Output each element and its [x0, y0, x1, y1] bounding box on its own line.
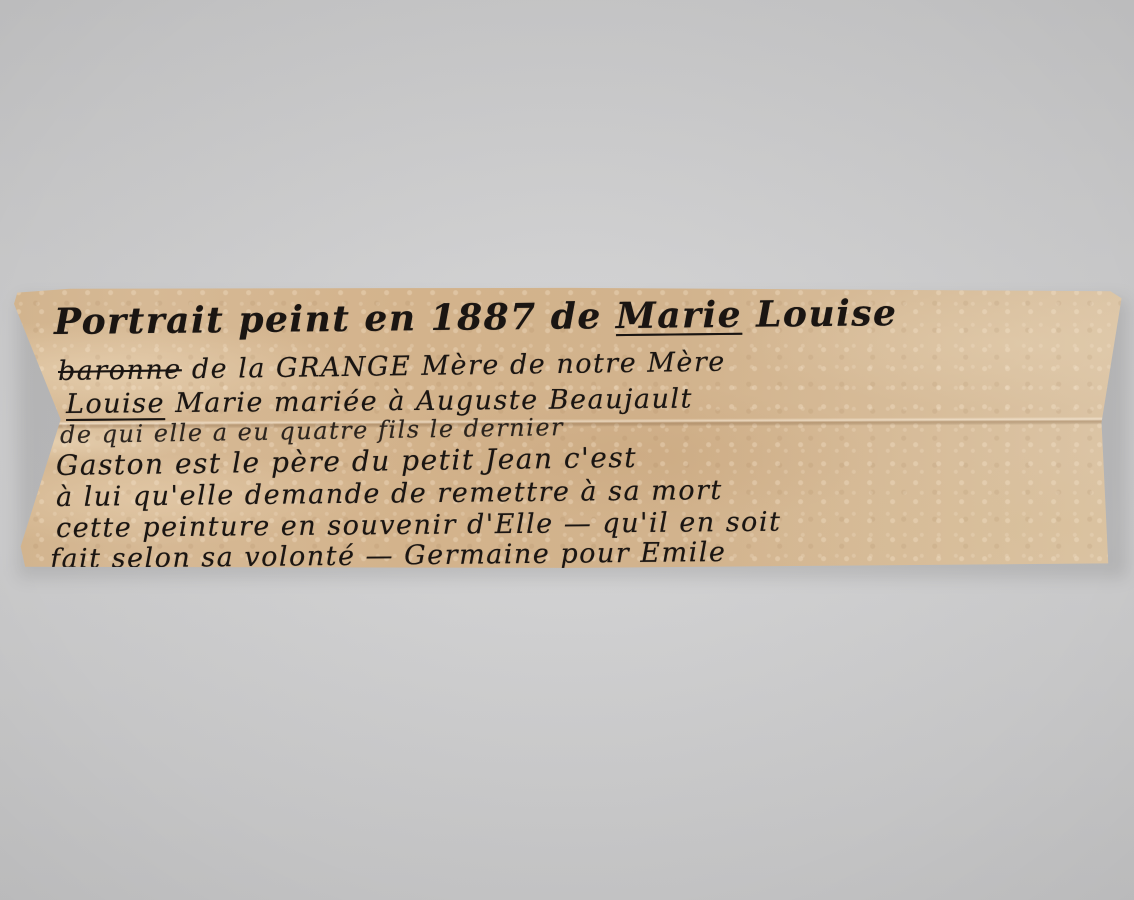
underlined-name-marie: Marie: [616, 294, 743, 337]
note-line-2: baronne de la GRANGE Mère de notre Mère: [58, 347, 726, 387]
line-text: Portrait peint en 1887 de: [54, 295, 616, 343]
handwriting-block: Portrait peint en 1887 de Marie Louise b…: [54, 301, 1104, 561]
note-line-3: Louise Marie mariée à Auguste Beaujault: [66, 384, 693, 420]
struck-word: baronne: [58, 354, 182, 387]
handwritten-note: Portrait peint en 1887 de Marie Louise b…: [14, 287, 1126, 569]
note-line-1: Portrait peint en 1887 de Marie Louise: [54, 292, 898, 343]
line-text: de la GRANGE Mère de notre Mère: [182, 347, 726, 386]
underlined-name-louise: Louise: [66, 388, 165, 420]
line-text: Marie mariée à Auguste Beaujault: [165, 384, 693, 420]
line-text: Louise: [742, 292, 898, 336]
